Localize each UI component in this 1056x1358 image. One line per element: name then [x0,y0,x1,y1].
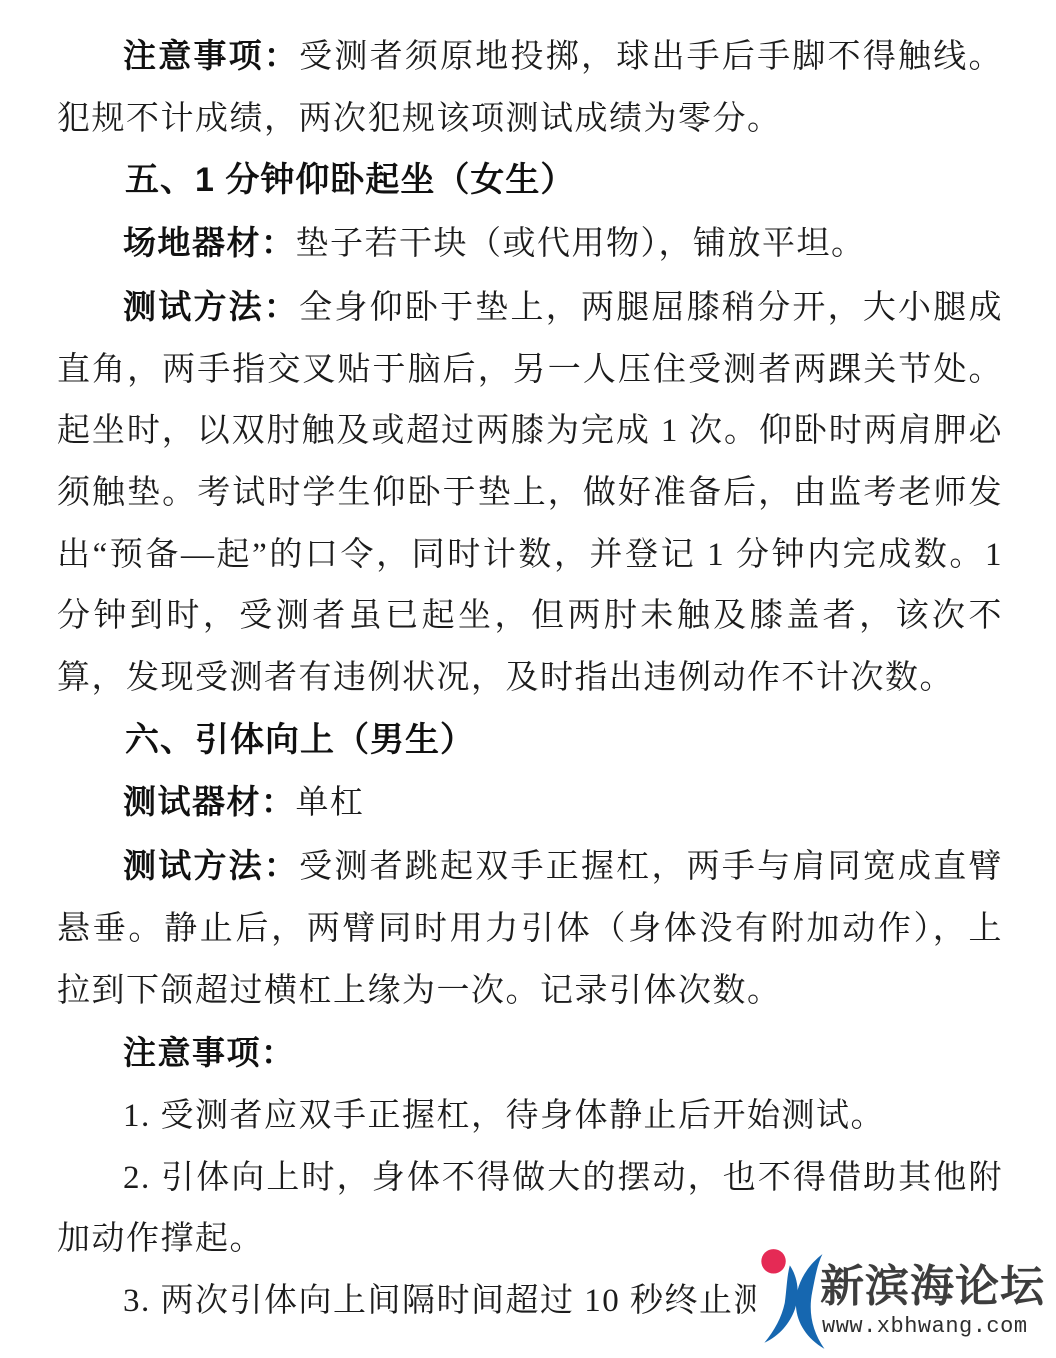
paragraph-label: 注意事项： [123,1034,296,1071]
heading-text: 六、引体向上（男生） [125,721,475,759]
paragraph-text: 单杠 [296,785,365,821]
document-page: 注意事项：受测者须原地投掷，球出手后手脚不得触线。犯规不计成绩，两次犯规该项测试… [0,0,1056,1358]
paragraph: 测试方法：受测者跳起双手正握杠，两手与肩同宽成直臂悬垂。静止后，两臂同时用力引体… [57,835,1003,1022]
paragraph: 注意事项：受测者须原地投掷，球出手后手脚不得触线。犯规不计成绩，两次犯规该项测试… [57,25,1003,150]
paragraph-text: 1. 受测者应双手正握杠，待身体静止后开始测试。 [123,1098,885,1134]
paragraph-label: 测试方法： [123,847,299,884]
paragraph-text: 全身仰卧于垫上，两腿屈膝稍分开，大小腿成直角，两手指交叉贴于脑后，另一人压住受测… [57,290,1003,696]
logo-head-dot [761,1249,785,1273]
paragraph: 测试方法：全身仰卧于垫上，两腿屈膝稍分开，大小腿成直角，两手指交叉贴于脑后，另一… [57,276,1003,710]
paragraph-label: 场地器材： [123,224,296,261]
site-watermark: 新滨海论坛 www.xbhwang.com [756,1242,1056,1358]
site-url: www.xbhwang.com [822,1314,1056,1340]
paragraph-label: 注意事项： [123,37,299,74]
site-name: 新滨海论坛 [820,1264,1056,1310]
paragraph: 测试器材：单杠 [57,771,1003,835]
paragraph-text: 3. 两次引体向上间隔时间超过 10 秒终止测试 [123,1283,803,1319]
section-heading: 五、1 分钟仰卧起坐（女生） [57,150,1003,212]
paragraph: 1. 受测者应双手正握杠，待身体静止后开始测试。 [57,1086,1003,1148]
paragraph-label: 测试器材： [123,783,296,820]
paragraph: 注意事项： [57,1022,1003,1086]
section-heading: 六、引体向上（男生） [57,710,1003,772]
heading-text: 五、1 分钟仰卧起坐（女生） [125,161,575,199]
paragraph-label: 测试方法： [123,288,299,325]
paragraph-text: 垫子若干块（或代用物），铺放平坦。 [296,226,866,262]
logo-figure-left-swoosh [764,1265,797,1342]
document-body: 注意事项：受测者须原地投掷，球出手后手脚不得触线。犯规不计成绩，两次犯规该项测试… [57,0,1003,1333]
paragraph: 场地器材：垫子若干块（或代用物），铺放平坦。 [57,212,1003,276]
